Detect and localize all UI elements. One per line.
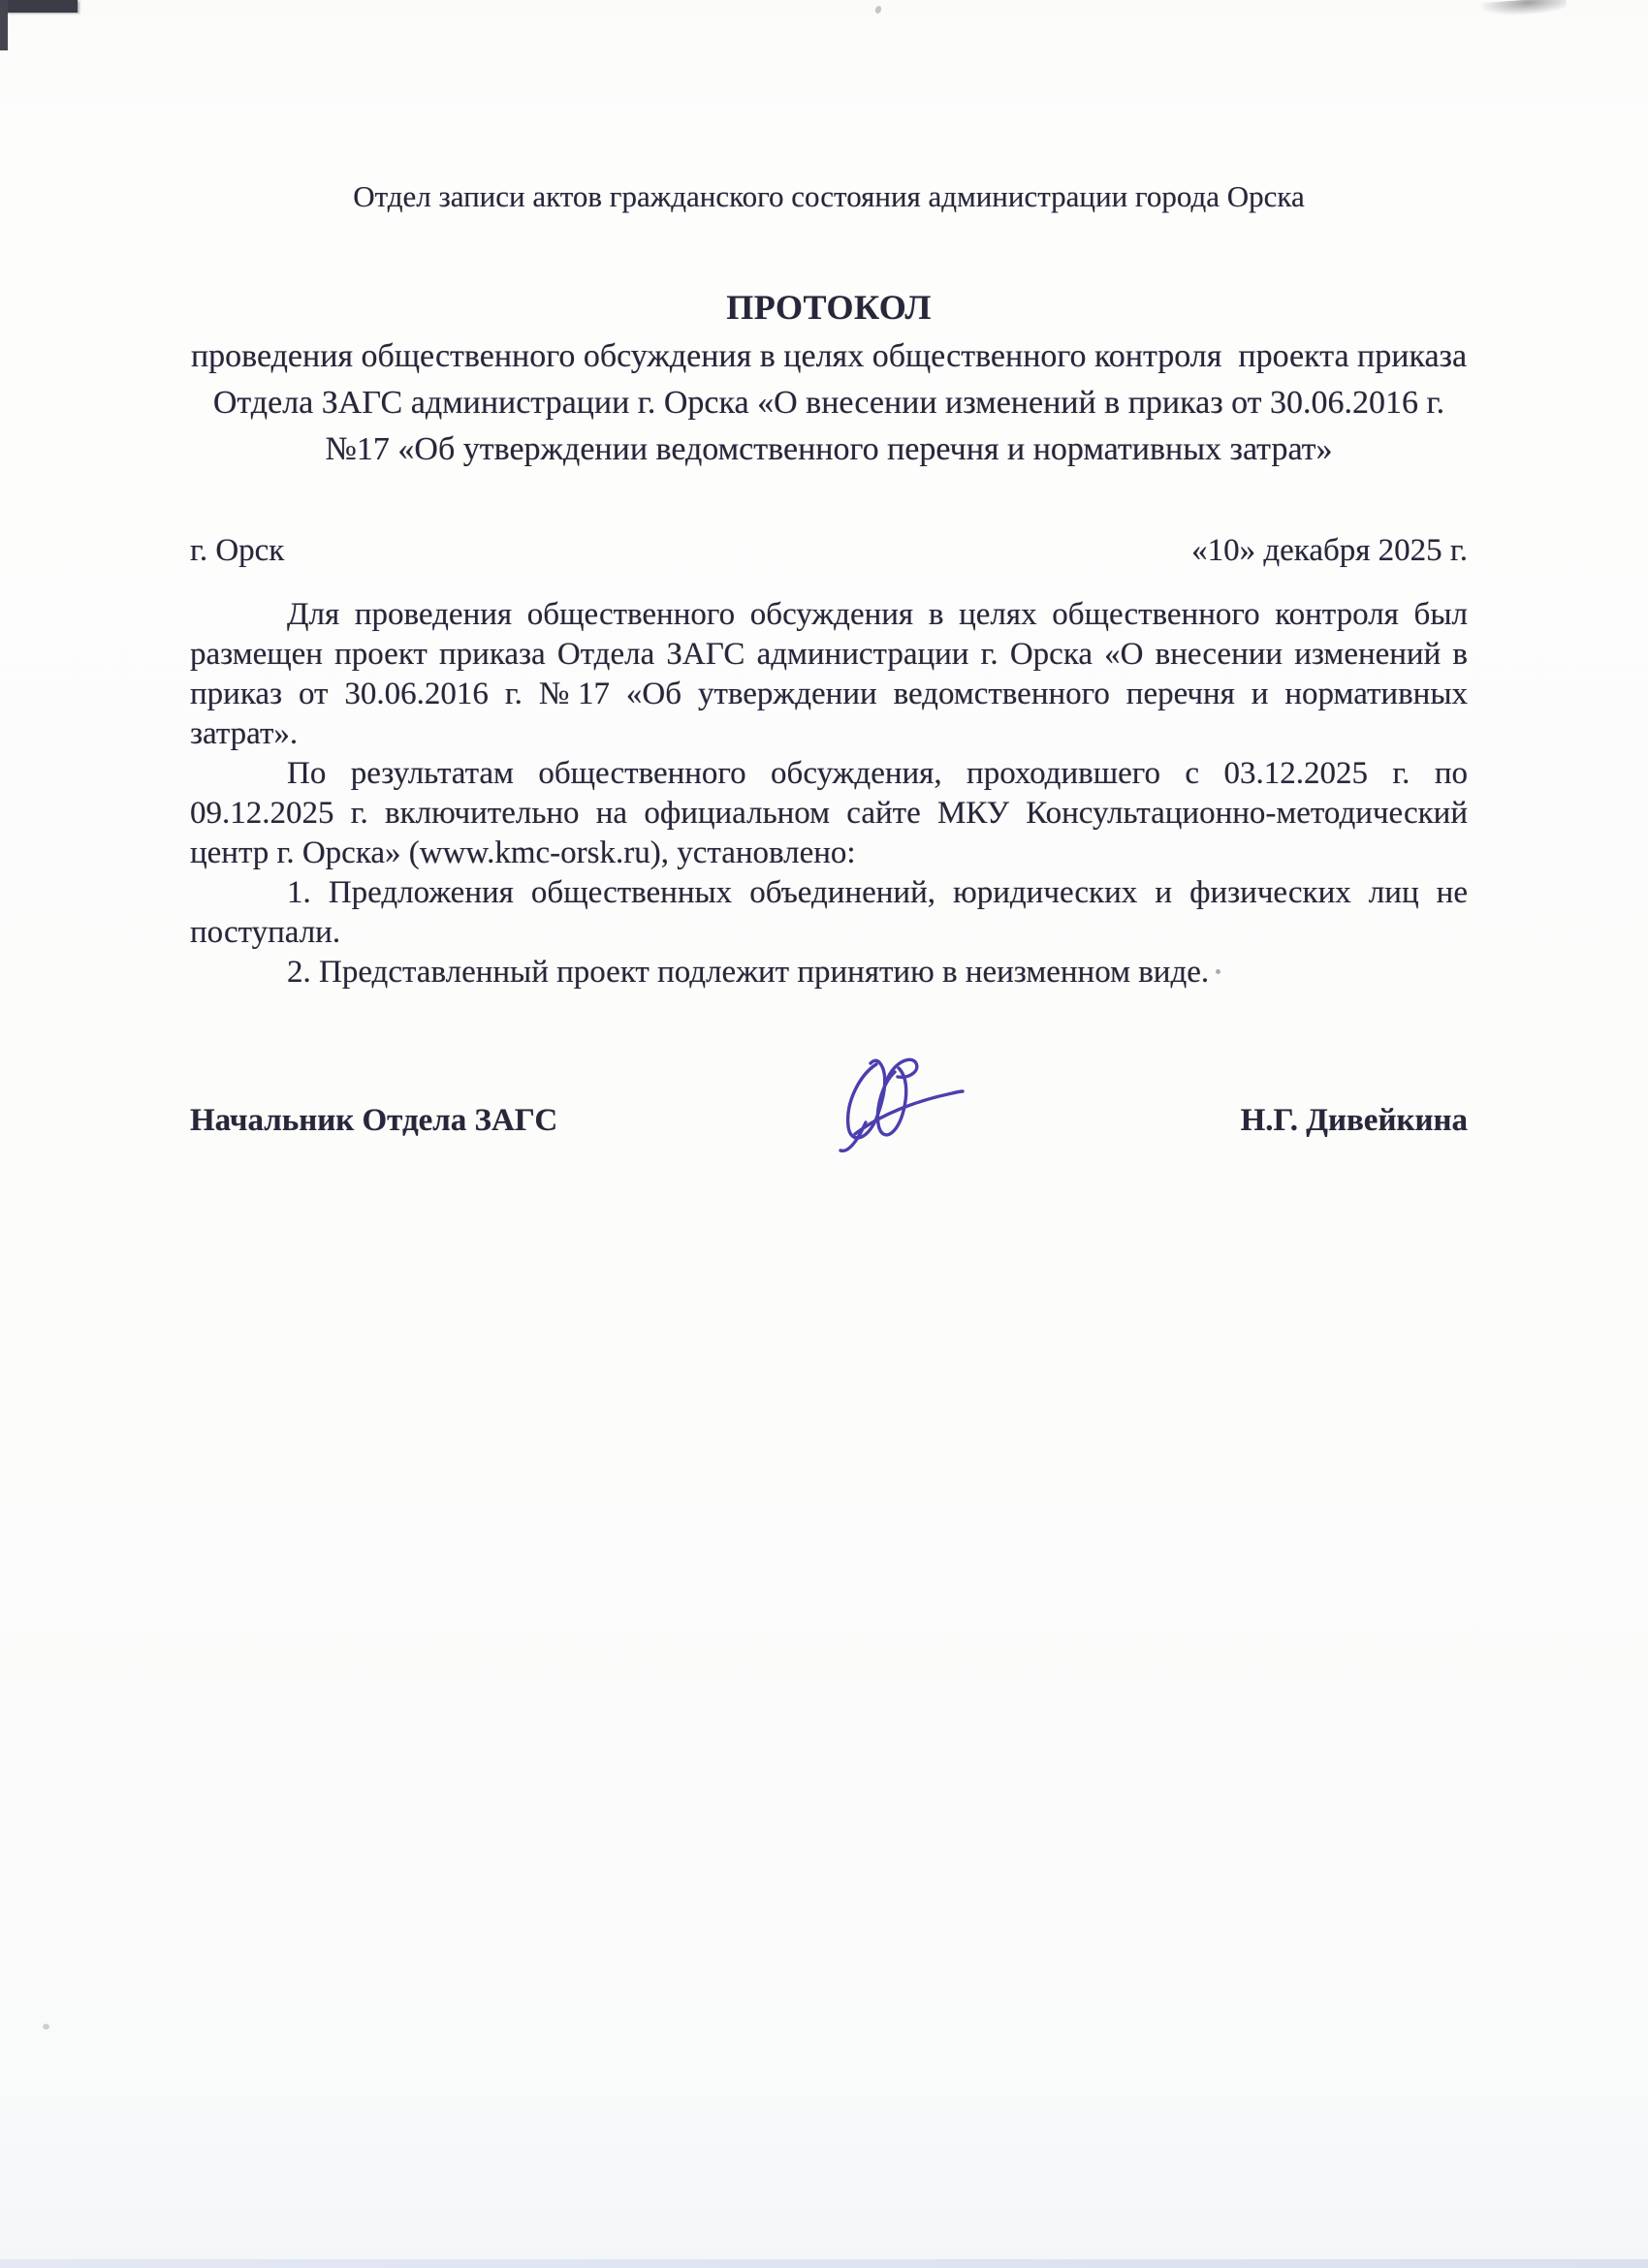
signatory-name: Н.Г. Дивейкина	[1241, 1101, 1468, 1140]
paragraph-results: По результатам общественного обсуждения,…	[190, 754, 1468, 873]
handwritten-signature-icon	[834, 1051, 969, 1169]
document-title: ПРОТОКОЛ	[190, 287, 1468, 328]
scan-artifact-left-edge	[0, 0, 8, 50]
organization-name: Отдел записи актов гражданского состояни…	[190, 178, 1468, 215]
place-label: г. Орск	[190, 531, 284, 570]
scan-speck	[43, 2024, 49, 2030]
scan-artifact-top-right-smudge	[1481, 0, 1568, 17]
list-item-adopt-unchanged: 2. Представленный проект подлежит принят…	[190, 953, 1468, 992]
scan-artifact-bottom-edge	[0, 2259, 1648, 2268]
scan-artifact-top-left-bar	[0, 0, 78, 13]
scan-speck	[874, 5, 883, 15]
paragraph-placement: Для проведения общественного обсуждения …	[190, 595, 1468, 754]
signature-row: Начальник Отдела ЗАГС Н.Г. Дивейкина	[190, 1101, 1468, 1140]
list-item-no-proposals: 1. Предложения общественных объединений,…	[190, 873, 1468, 953]
document-subtitle: проведения общественного обсуждения в це…	[190, 333, 1468, 473]
document-content: Отдел записи актов гражданского состояни…	[190, 178, 1468, 1140]
place-date-row: г. Орск «10» декабря 2025 г.	[190, 531, 1468, 570]
date-label: «10» декабря 2025 г.	[1191, 531, 1468, 570]
scanned-document-page: Отдел записи актов гражданского состояни…	[0, 0, 1648, 2268]
signatory-position: Начальник Отдела ЗАГС	[190, 1101, 557, 1140]
